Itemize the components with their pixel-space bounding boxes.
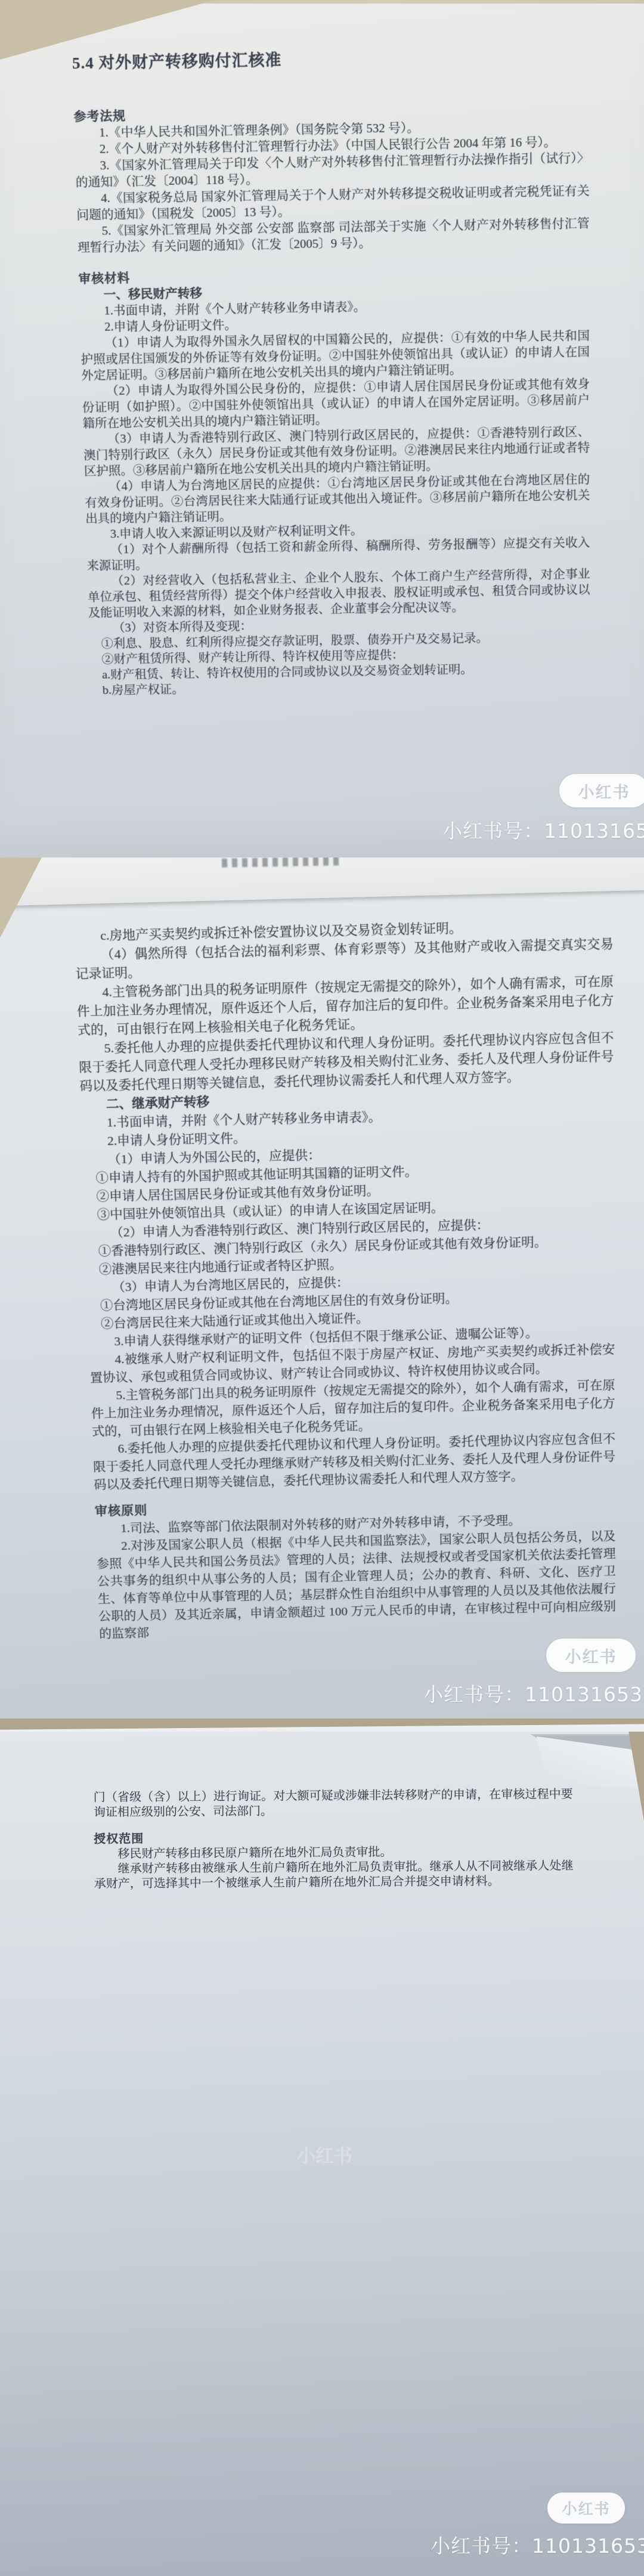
xhs-badge-label: 小红书 xyxy=(562,2497,610,2519)
doc-paragraph: （2）对经营收入（包括私营业主、企业个人股东、个体工商户生产经营所得，对企事业单… xyxy=(87,566,590,621)
doc-paragraph: 门（省级（含）以上）进行询证。对大额可疑或涉嫌非法转移财产的申请，在审核过程中要… xyxy=(94,1787,573,1820)
xhs-id-watermark: 小红书号：110131653 xyxy=(431,2531,644,2559)
xhs-badge-label: 小红书 xyxy=(565,1644,617,1667)
xhs-badge-watermark: 小红书 xyxy=(547,2493,625,2524)
document-page-1: 5.4 对外财产转移购付汇核准 参考法规1.《中华人民共和国外汇管理条例》（国务… xyxy=(0,0,644,857)
doc-paragraph: 2.对涉及国家公职人员（根据《中华人民共和国监察法》，国家公职人员包括公务员，以… xyxy=(95,1527,616,1642)
photo-1: 5.4 对外财产转移购付汇核准 参考法规1.《中华人民共和国外汇管理条例》（国务… xyxy=(0,0,644,857)
doc-body-2: c.房地产买卖契约或拆迁补偿安置协议以及交易资金划转证明。（4）偶然所得（包括合… xyxy=(74,915,616,1642)
xhs-badge-watermark: 小红书 xyxy=(559,774,644,807)
photo-3: 门（省级（含）以上）进行询证。对大额可疑或涉嫌非法转移财产的申请，在审核过程中要… xyxy=(0,1719,644,2576)
xhs-center-watermark: 小红书 xyxy=(297,2141,352,2168)
xhs-center-watermark: 小红书 xyxy=(327,460,382,487)
doc-paragraph: 继承财产转移由被继承人生前户籍所在地外汇局负责审批。继承人从不同被继承人处继承财… xyxy=(94,1859,574,1892)
doc-body-1: 参考法规1.《中华人民共和国外汇管理条例》（国务院令第 532 号）。2.《个人… xyxy=(73,100,590,698)
doc-content-2: c.房地产买卖契约或拆迁补偿安置协议以及交易资金划转证明。（4）偶然所得（包括合… xyxy=(0,857,644,1644)
doc-content-1: 5.4 对外财产转移购付汇核准 参考法规1.《中华人民共和国外汇管理条例》（国务… xyxy=(0,0,644,699)
screenshot-canvas: 5.4 对外财产转移购付汇核准 参考法规1.《中华人民共和国外汇管理条例》（国务… xyxy=(0,0,644,2576)
doc-paragraph: 6.委托他人办理的应提供委托代理协议和代理人身份证明。委托代理协议内容应包含但不… xyxy=(92,1430,616,1494)
doc-paragraph: 5.主管税务部门出具的税务证明原件（按规定无需提交的除外），如个人确有需求，可在… xyxy=(90,1376,615,1441)
xhs-id-watermark: 小红书号：110131653 xyxy=(423,1679,643,1707)
xhs-badge-label: 小红书 xyxy=(578,779,630,803)
xhs-center-watermark: 小红书 xyxy=(301,1335,357,1361)
xhs-badge-watermark: 小红书 xyxy=(546,1639,636,1672)
doc-paragraph: （1）申请人为取得外国永久居留权的中国籍公民的，应提供：①有效的中华人民共和国护… xyxy=(80,327,590,383)
doc-paragraph: （2）申请人为取得外国公民身份的，应提供：①申请人居住国居民身份证或其他有效身份… xyxy=(82,376,590,431)
photo-2: c.房地产买卖契约或拆迁补偿安置协议以及交易资金划转证明。（4）偶然所得（包括合… xyxy=(0,857,644,1719)
xhs-id-watermark: 小红书号：110131653 xyxy=(442,816,644,844)
doc-paragraph: 4.主管税务部门出具的税务证明原件（按规定无需提交的除外），如个人确有需求，可在… xyxy=(76,972,614,1039)
document-page-2: c.房地产买卖契约或拆迁补偿安置协议以及交易资金划转证明。（4）偶然所得（包括合… xyxy=(0,860,644,1719)
doc-title: 5.4 对外财产转移购付汇核准 xyxy=(72,47,590,72)
doc-paragraph: 5.委托他人办理的应提供委托代理协议和代理人身份证明。委托代理协议内容应包含但不… xyxy=(78,1029,614,1095)
doc-body-3: 门（省级（含）以上）进行询证。对大额可疑或涉嫌非法转移财产的申请，在审核过程中要… xyxy=(94,1787,574,1892)
